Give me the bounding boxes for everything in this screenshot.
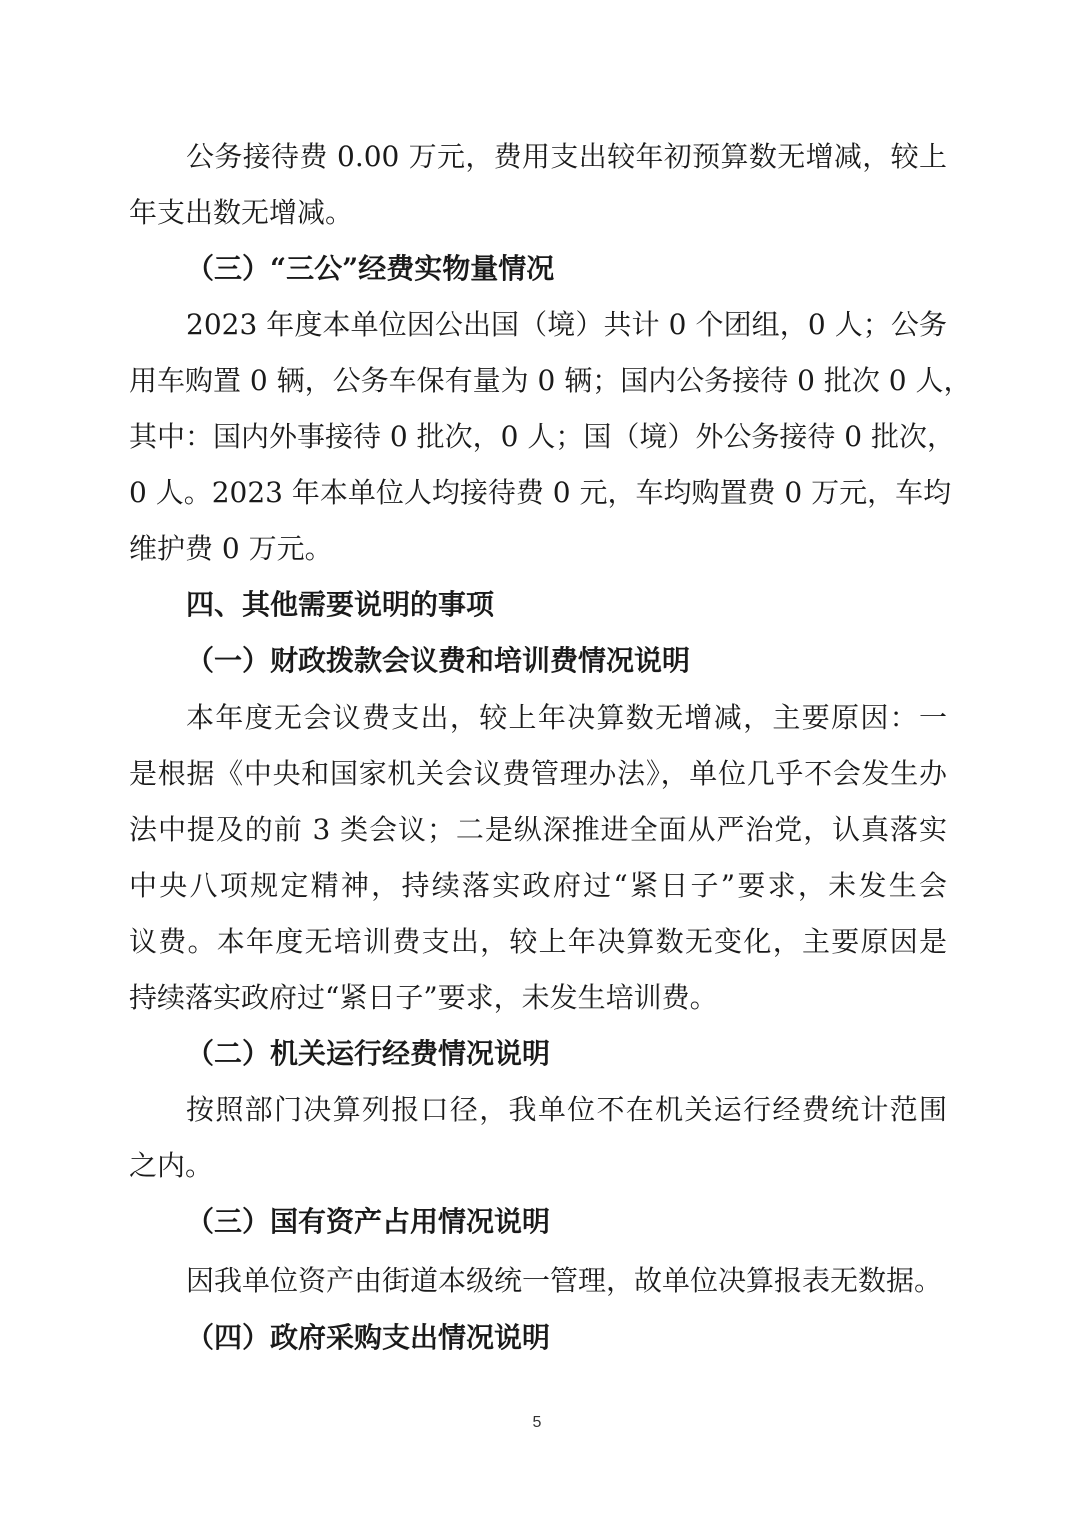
paragraph-line: 因我单位资产由街道本级统一管理，故单位决算报表无数据。 xyxy=(186,1261,947,1301)
page-number: 5 xyxy=(0,1414,1074,1432)
paragraph-line: 其中：国内外事接待 0 批次，0 人；国（境）外公务接待 0 批次， xyxy=(129,417,947,457)
paragraph-line: 本年度无会议费支出，较上年决算数无增减，主要原因：一 xyxy=(186,698,947,738)
paragraph-line: 按照部门决算列报口径，我单位不在机关运行经费统计范围 xyxy=(186,1090,947,1130)
paragraph-line: 法中提及的前 3 类会议；二是纵深推进全面从严治党，认真落实 xyxy=(129,810,947,850)
paragraph-line: 议费。本年度无培训费支出，较上年决算数无变化，主要原因是 xyxy=(129,922,947,962)
section-heading: （二）机关运行经费情况说明 xyxy=(186,1034,550,1074)
paragraph-line: 0 人。2023 年本单位人均接待费 0 元，车均购置费 0 万元，车均 xyxy=(129,473,947,513)
section-heading: （三）国有资产占用情况说明 xyxy=(186,1202,550,1242)
paragraph-line: 年支出数无增减。 xyxy=(129,193,947,233)
paragraph-line: 维护费 0 万元。 xyxy=(129,529,947,569)
paragraph-line: 用车购置 0 辆，公务车保有量为 0 辆；国内公务接待 0 批次 0 人， xyxy=(129,361,947,401)
paragraph-line: 2023 年度本单位因公出国（境）共计 0 个团组，0 人；公务 xyxy=(186,305,947,345)
section-heading: （三）“三公”经费实物量情况 xyxy=(186,249,554,289)
paragraph-line: 持续落实政府过“紧日子”要求，未发生培训费。 xyxy=(129,978,947,1018)
section-heading: （四）政府采购支出情况说明 xyxy=(186,1318,550,1358)
chapter-heading: 四、其他需要说明的事项 xyxy=(186,585,494,625)
paragraph-line: 中央八项规定精神，持续落实政府过“紧日子”要求，未发生会 xyxy=(129,866,947,906)
paragraph-line: 是根据《中央和国家机关会议费管理办法》，单位几乎不会发生办 xyxy=(129,754,947,794)
section-heading: （一）财政拨款会议费和培训费情况说明 xyxy=(186,641,690,681)
paragraph-line: 公务接待费 0.00 万元，费用支出较年初预算数无增减，较上 xyxy=(186,137,947,177)
document-page: 公务接待费 0.00 万元，费用支出较年初预算数无增减，较上 年支出数无增减。 … xyxy=(0,0,1074,1520)
paragraph-line: 之内。 xyxy=(129,1146,947,1186)
